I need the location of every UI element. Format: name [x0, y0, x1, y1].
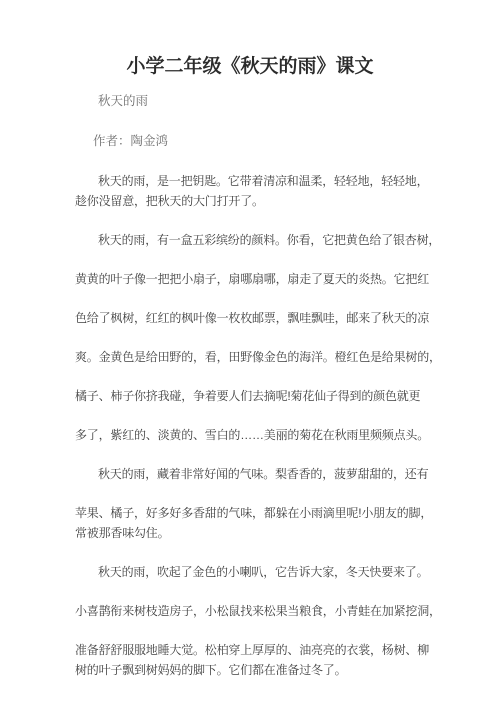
text-line: 橘子、柿子你挤我碰，争着要人们去摘呢!菊花仙子得到的颜色就更	[75, 377, 470, 416]
paragraph: 秋天的雨，有一盒五彩缤纷的颜料。你看，它把黄色给了银杏树，黄黄的叶子像一把把小扇…	[75, 221, 470, 455]
text-line: 秋天的雨，藏着非常好闻的气味。梨香香的，菠萝甜甜的，还有	[75, 455, 470, 494]
paragraph: 秋天的雨，吹起了金色的小喇叭，它告诉大家，冬天快要来了。小喜鹊衔来树枝造房子，小…	[75, 553, 470, 690]
paragraph: 秋天的雨，是一把钥匙。它带着清凉和温柔，轻轻地，轻轻地，趁你没留意，把秋天的大门…	[75, 162, 470, 221]
text-line: 多了，紫红的、淡黄的、雪白的……美丽的菊花在秋雨里频频点头。	[75, 416, 470, 455]
text-line: 黄黄的叶子像一把把小扇子，扇哪扇哪，扇走了夏天的炎热。它把红	[75, 260, 470, 299]
page: { "page": { "title": "小学二年级《秋天的雨》课文", "s…	[0, 0, 500, 708]
text-line: 小喜鹊衔来树枝造房子，小松鼠找来松果当粮食，小青蛙在加紧挖洞，	[75, 592, 470, 631]
text-line: 爽。金黄色是给田野的，看，田野像金色的海洋。橙红色是给果树的，	[75, 338, 470, 377]
article-author: 作者：陶金鸿	[93, 132, 500, 150]
article-body: 秋天的雨，是一把钥匙。它带着清凉和温柔，轻轻地，轻轻地，趁你没留意，把秋天的大门…	[0, 162, 500, 690]
page-title: 小学二年级《秋天的雨》课文	[0, 52, 500, 82]
text-line: 秋天的雨，吹起了金色的小喇叭，它告诉大家，冬天快要来了。	[75, 553, 470, 592]
text-line: 秋天的雨，有一盒五彩缤纷的颜料。你看，它把黄色给了银杏树，	[75, 221, 470, 260]
article-subtitle: 秋天的雨	[98, 92, 500, 110]
paragraph: 秋天的雨，藏着非常好闻的气味。梨香香的，菠萝甜甜的，还有苹果、橘子，好多好多香甜…	[75, 455, 470, 553]
document-page: 小学二年级《秋天的雨》课文 秋天的雨 作者：陶金鸿 秋天的雨，是一把钥匙。它带着…	[0, 0, 500, 708]
text-line: 色给了枫树，红红的枫叶像一枚枚邮票，飘哇飘哇，邮来了秋天的凉	[75, 299, 470, 338]
